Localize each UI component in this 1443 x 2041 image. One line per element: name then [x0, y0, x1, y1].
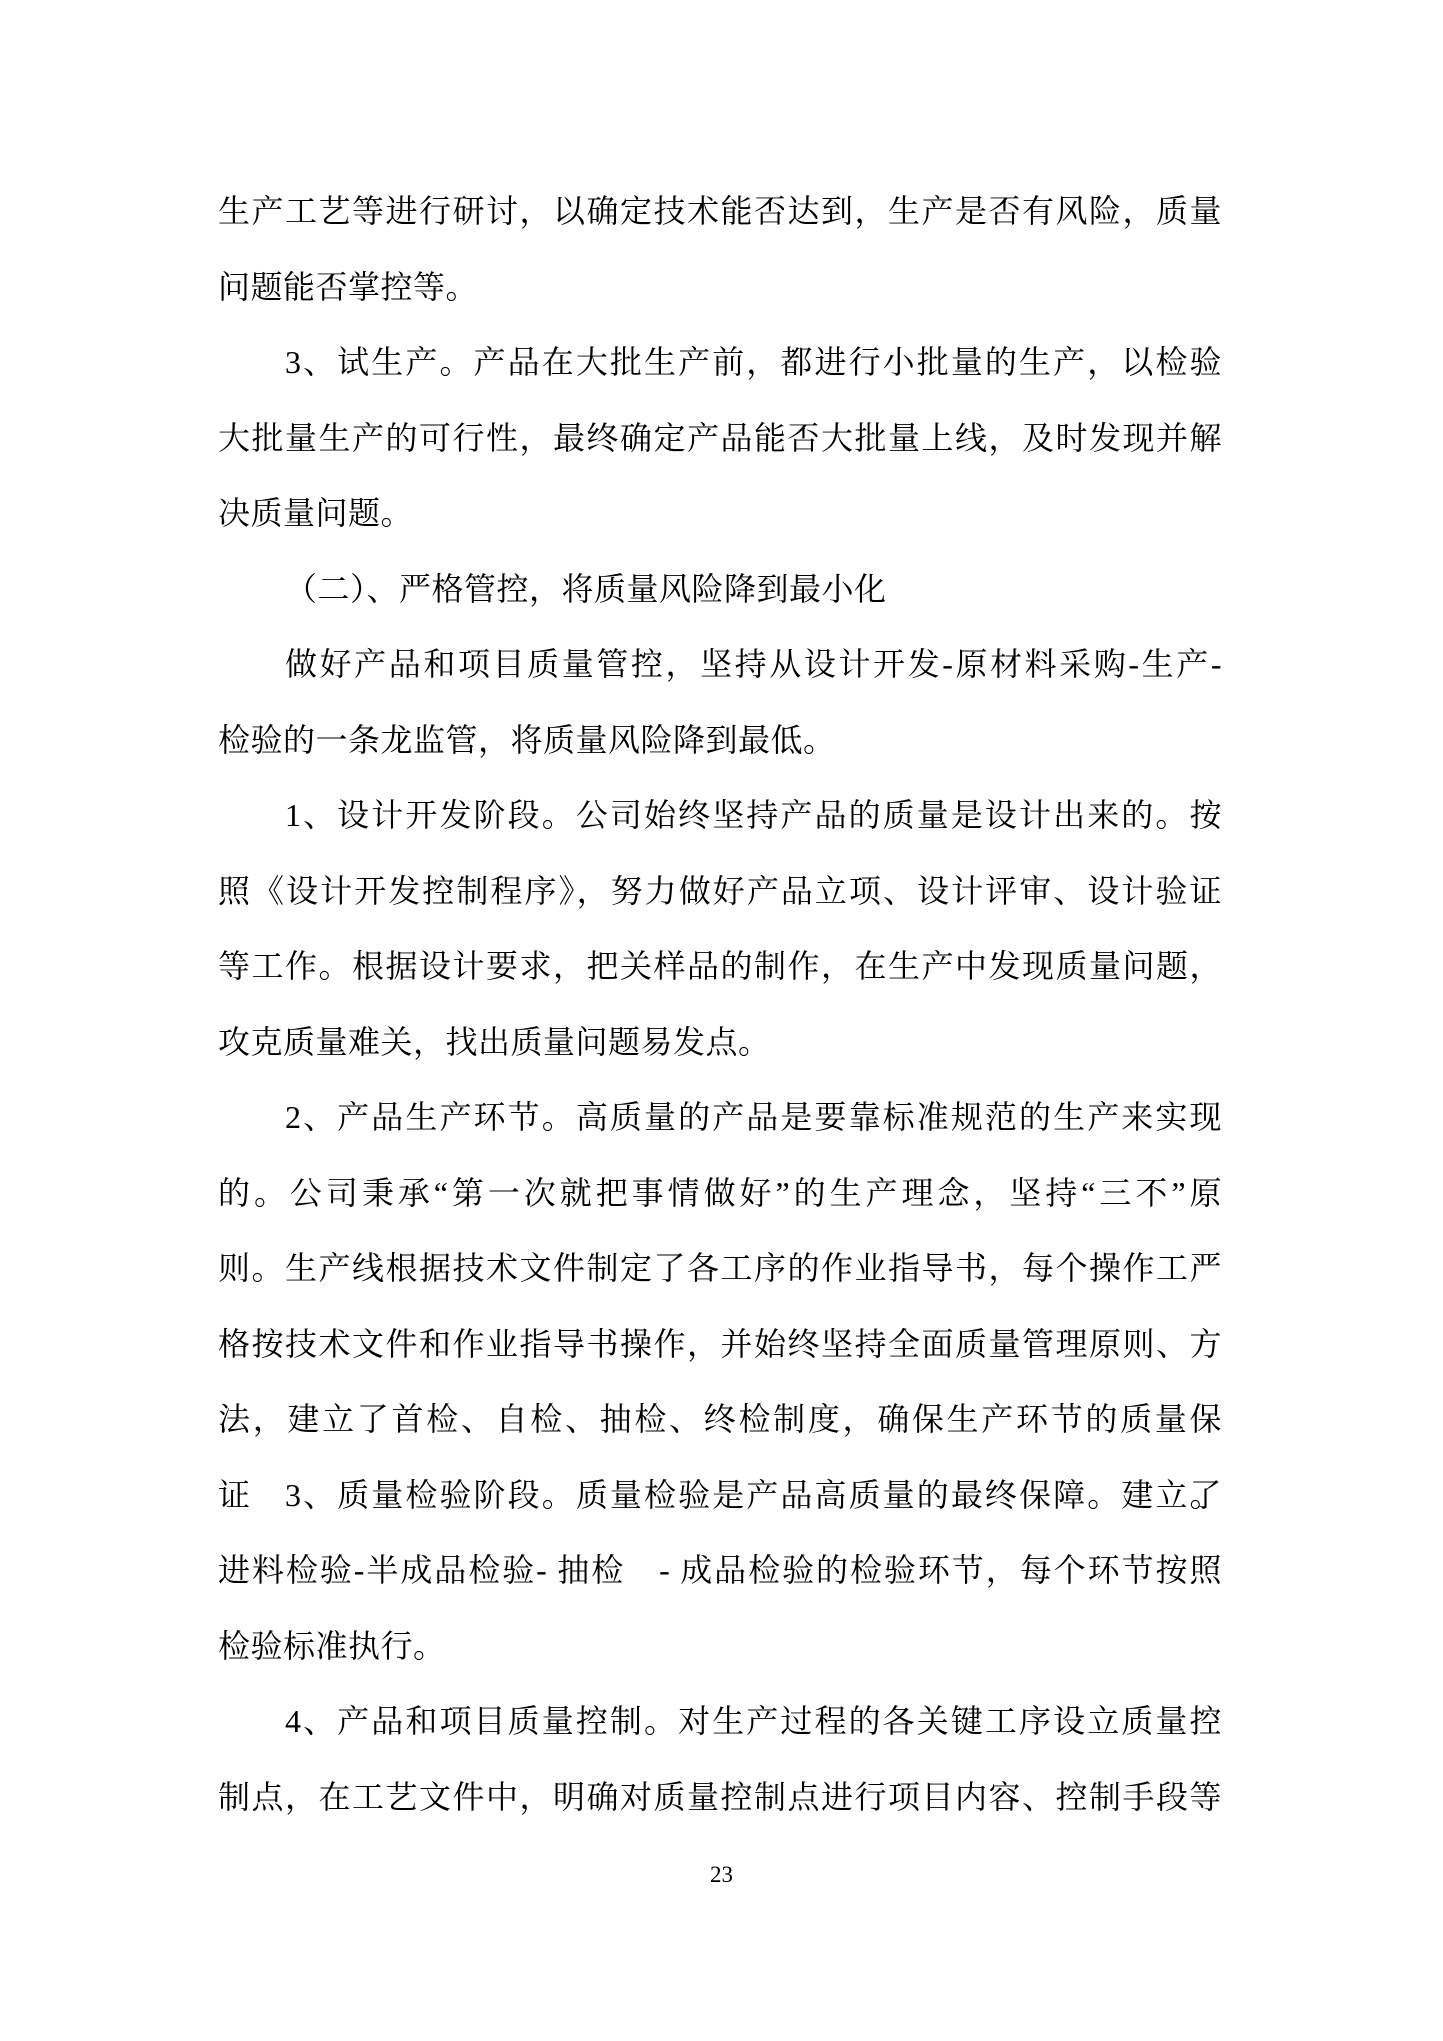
paragraph: 3、试生产。产品在大批生产前，都进行小批量的生产，以检验大批量生产的可行性，最终…: [218, 325, 1222, 552]
paragraph: 做好产品和项目质量管控，坚持从设计开发-原材料采购-生产-检验的一条龙监管，将质…: [218, 627, 1222, 778]
text-line: 法，建立了首检、自检、抽检、终检制度，确保生产环节的质量保证。: [218, 1382, 1222, 1458]
text-line: 做好产品和项目质量管控，坚持从设计开发-原材料采购-生产-: [218, 627, 1222, 703]
text-line: 2、产品生产环节。高质量的产品是要靠标准规范的生产来实现: [218, 1080, 1222, 1156]
paragraph: （二）、严格管控，将质量风险降到最小化: [218, 552, 1222, 628]
paragraph: 2、产品生产环节。高质量的产品是要靠标准规范的生产来实现的。公司秉承“第一次就把…: [218, 1080, 1222, 1458]
text-line: 3、试生产。产品在大批生产前，都进行小批量的生产，以检验: [218, 325, 1222, 401]
text-line: 问题能否掌控等。: [218, 250, 1222, 326]
text-line: 的。公司秉承“第一次就把事情做好”的生产理念，坚持“三不”原: [218, 1156, 1222, 1232]
text-line: 生产工艺等进行研讨，以确定技术能否达到，生产是否有风险，质量: [218, 174, 1222, 250]
page-number: 23: [0, 1858, 1443, 1892]
text-line: 大批量生产的可行性，最终确定产品能否大批量上线，及时发现并解: [218, 401, 1222, 477]
paragraph: 4、产品和项目质量控制。对生产过程的各关键工序设立质量控制点，在工艺文件中，明确…: [218, 1684, 1222, 1835]
text-line: （二）、严格管控，将质量风险降到最小化: [218, 552, 1222, 628]
text-line: 等工作。根据设计要求，把关样品的制作，在生产中发现质量问题，: [218, 929, 1222, 1005]
text-line: 则。生产线根据技术文件制定了各工序的作业指导书，每个操作工严: [218, 1231, 1222, 1307]
text-line: 1、设计开发阶段。公司始终坚持产品的质量是设计出来的。按: [218, 778, 1222, 854]
text-line: 决质量问题。: [218, 476, 1222, 552]
text-line: 3、质量检验阶段。质量检验是产品高质量的最终保障。建立了: [218, 1458, 1222, 1534]
text-line: 照《设计开发控制程序》，努力做好产品立项、设计评审、设计验证: [218, 854, 1222, 930]
text-line: 4、产品和项目质量控制。对生产过程的各关键工序设立质量控: [218, 1684, 1222, 1760]
text-line: 检验的一条龙监管，将质量风险降到最低。: [218, 703, 1222, 779]
document-body: 生产工艺等进行研讨，以确定技术能否达到，生产是否有风险，质量问题能否掌控等。3、…: [218, 174, 1222, 1835]
text-line: 格按技术文件和作业指导书操作，并始终坚持全面质量管理原则、方: [218, 1307, 1222, 1383]
paragraph: 1、设计开发阶段。公司始终坚持产品的质量是设计出来的。按照《设计开发控制程序》，…: [218, 778, 1222, 1080]
paragraph: 生产工艺等进行研讨，以确定技术能否达到，生产是否有风险，质量问题能否掌控等。: [218, 174, 1222, 325]
text-line: 攻克质量难关，找出质量问题易发点。: [218, 1005, 1222, 1081]
document-page: 生产工艺等进行研讨，以确定技术能否达到，生产是否有风险，质量问题能否掌控等。3、…: [0, 0, 1443, 2041]
text-line: 进料检验-半成品检验- 抽检 - 成品检验的检验环节，每个环节按照: [218, 1533, 1222, 1609]
text-line: 检验标准执行。: [218, 1609, 1222, 1685]
text-line: 制点，在工艺文件中，明确对质量控制点进行项目内容、控制手段等: [218, 1760, 1222, 1836]
paragraph: 3、质量检验阶段。质量检验是产品高质量的最终保障。建立了进料检验-半成品检验- …: [218, 1458, 1222, 1685]
